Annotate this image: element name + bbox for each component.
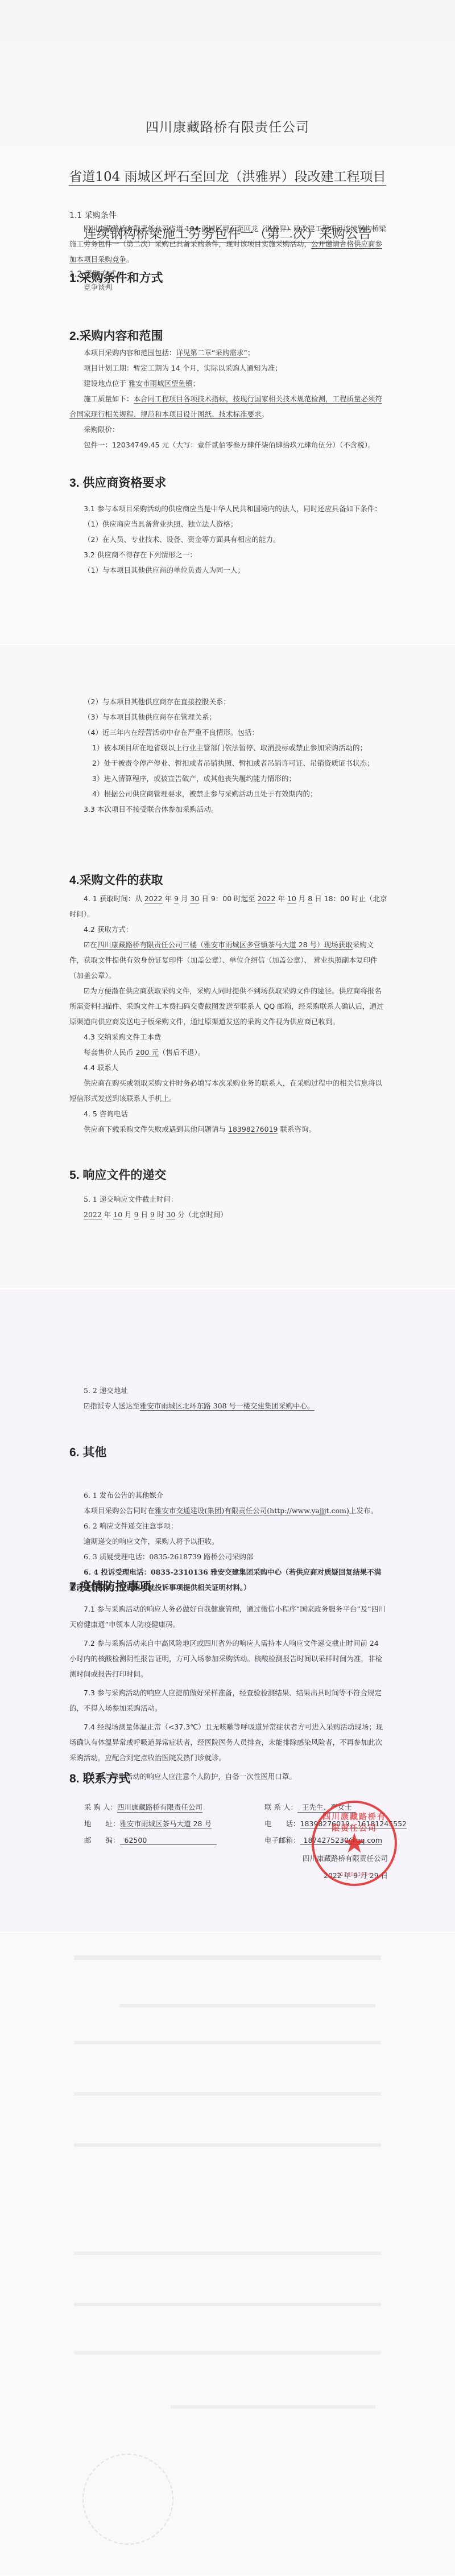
s3-1-item-2: （2）在人员、专业技术、设备、资金等方面具有相应的能力。 — [69, 532, 388, 547]
s3-1-item-1: （1）供应商应当具备营业执照、独立法人资格； — [69, 516, 388, 532]
section-1-body: 1.1 采购条件 四川康藏路桥有限责任公司省道 104 雨城区坪石至回龙（洪雅界… — [69, 209, 388, 295]
section-3-heading: 3. 供应商资格要求 — [69, 474, 166, 491]
postcode-row: 邮 编：62500 — [84, 1835, 217, 1845]
section-3-body-p1: 3.1 参与本项目采购活动的供应商应当是中华人民共和国境内的法人，同时还应具备如… — [69, 501, 388, 578]
bleed-through-seal — [82, 2454, 173, 2545]
scope-line: 本项目采购内容和范围包括：详见第二章“采购需求”； — [69, 345, 388, 360]
s5-2-heading: 5. 2 递交地址 — [69, 1383, 388, 1398]
company-seal: 四川康藏路桥有限责任公司 ★ 5118023034 — [312, 1801, 397, 1886]
section-2-body: 本项目采购内容和范围包括：详见第二章“采购需求”； 项目计划工期：暂定工期为 1… — [69, 345, 388, 453]
s6-3-text: 6. 3 质疑受理电话：0835-2618739 路桥公司采购部 — [69, 1549, 388, 1564]
s4-1-text: 4. 1 获取时间：从 2022 年 9 月 30 日 9：00 时起至 202… — [69, 891, 388, 922]
bleed-through-line — [74, 2303, 381, 2306]
s7-item-2: 7.2 参与采购活动来自中高风险地区或四川省外的响应人需持本人响应文件递交截止时… — [69, 1636, 388, 1682]
s7-item-3: 7.3 参与采购活动的响应人应提前做好采样准备，经查验检测结果、结果出具时间等不… — [69, 1685, 388, 1716]
bleed-through-line — [74, 2143, 381, 2147]
bleed-through-line — [119, 2004, 375, 2007]
page-3: 5. 2 递交地址 ☑指派专人送达至雅安市雨城区北环东路 308 号一楼交建集团… — [0, 1289, 455, 1933]
s7-item-4: 7.4 经现场测量体温正常（<37.3℃）且无咳嗽等呼吸道异常症状者方可进入采购… — [69, 1719, 388, 1765]
bleed-through-line — [74, 2092, 381, 2096]
s4-4-text: 供应商在购买或领取采购文件时务必填写本次采购业务的联系人，在采购过程中的相关信息… — [69, 1075, 388, 1106]
seal-code: 5118023034 — [314, 1872, 395, 1877]
location-line: 建设地点位于 雅安市雨城区望鱼镇； — [69, 376, 388, 391]
bleed-through-line — [171, 2405, 375, 2409]
section-5-body-p3: 5. 2 递交地址 ☑指派专人送达至雅安市雨城区北环东路 308 号一楼交建集团… — [69, 1383, 388, 1414]
price-text: 包件一：12034749.45 元（大写：壹仟贰佰零叁万肆仟柒佰肆拾玖元肆角伍分… — [69, 437, 388, 453]
s1-2-text: 竞争谈判 — [69, 280, 388, 295]
s6-1-heading: 6. 1 发布公告的其他媒介 — [69, 1488, 388, 1503]
section-5-heading: 5. 响应文件的递交 — [69, 1166, 166, 1183]
section-7-body: 7.1 参与采购活动的响应人务必做好自我健康管理，通过微信小程序“国家政务服务平… — [69, 1601, 388, 1784]
s6-2-text: 逾期递交的响应文件，采购人将予以拒收。 — [69, 1534, 388, 1549]
bleed-through-line — [74, 2041, 381, 2044]
bleed-through-line — [74, 2252, 381, 2255]
period-line: 项目计划工期：暂定工期为 14 个月，实际以采购人通知为准； — [69, 360, 388, 376]
section-6-heading: 6. 其他 — [69, 1443, 106, 1460]
purchaser-row: 采 购 人：四川康藏路桥有限责任公司 — [84, 1802, 202, 1813]
s3-2-item-3: （3）与本项目其他供应商存在管理关系； — [69, 709, 388, 725]
s1-1-text: 四川康藏路桥有限责任公司省道 104 雨城区坪石至回龙（洪雅界）段改建工程项目连… — [69, 221, 388, 267]
project-title: 省道104 雨城区坪石至回龙（洪雅界）段改建工程项目 — [0, 166, 455, 185]
page-2: （2）与本项目其他供应商存在直接控股关系； （3）与本项目其他供应商存在管理关系… — [0, 645, 455, 1289]
section-4-body: 4. 1 获取时间：从 2022 年 9 月 30 日 9：00 时起至 202… — [69, 891, 388, 1137]
s4-2-heading: 4.2 获取方式： — [69, 922, 388, 937]
s4-5-text: 供应商下载采购文件失败或遇到其他问题请与 18398276019 联系咨询。 — [69, 1121, 388, 1137]
s4-3-heading: 4.3 交纳采购文件工本费 — [69, 1029, 388, 1045]
s3-2-sub-2: 2）处于被责令停产停业、暂扣或者吊销执照、暂扣或者吊销许可证、吊销资质证书状态； — [69, 755, 388, 771]
s3-1-text: 3.1 参与本项目采购活动的供应商应当是中华人民共和国境内的法人，同时还应具备如… — [69, 501, 388, 516]
section-2-heading: 2.采购内容和范围 — [69, 327, 163, 344]
s3-2-sub-3: 3）进入清算程序，或被宣告破产，或其他丧失履约能力情形的； — [69, 771, 388, 786]
s3-2-sub-4: 4）根据公司供应商管理要求，被禁止参与采购活动且处于有效期内的； — [69, 786, 388, 802]
s4-2-option-onsite: ☑在四川康藏路桥有限责任公司三楼（雅安市雨城区多营镇茶马大道 28 号）现场获取… — [69, 937, 388, 983]
company-title: 四川康藏路桥有限责任公司 — [0, 117, 455, 135]
s5-1-heading: 5. 1 递交响应文件截止时间： — [69, 1192, 388, 1207]
star-icon: ★ — [342, 1830, 366, 1857]
s3-2-item-2: （2）与本项目其他供应商存在直接控股关系； — [69, 694, 388, 709]
s3-2-item-1: （1）与本项目其他供应商的单位负责人为同一人； — [69, 562, 388, 578]
s4-3-text: 每套售价人民币 200 元（售后不退）。 — [69, 1045, 388, 1060]
s6-1-text: 本项目采购公告同时在雅安市交通建设(集团)有限责任公司(http://www.y… — [69, 1503, 388, 1518]
s5-2-address: ☑指派专人送达至雅安市雨城区北环东路 308 号一楼交建集团采购中心。 — [69, 1398, 388, 1414]
s4-5-heading: 4. 5 咨询电话 — [69, 1106, 388, 1121]
s3-2-sub-1: 1）被本项目所在地省级以上行业主管部门依法暂停、取消投标或禁止参加采购活动的； — [69, 740, 388, 755]
s7-item-1: 7.1 参与采购活动的响应人务必做好自我健康管理，通过微信小程序“国家政务服务平… — [69, 1601, 388, 1632]
bleed-through-line — [74, 1955, 381, 1960]
quality-line: 施工质量如下：本合同工程项目各项技术指标，按现行国家相关技术规范检测，工程质量必… — [69, 391, 388, 422]
s4-2-option-remote: ☑为方便潜在供应商获取采购文件，采购人同时提供不到场获取采购文件的途径。供应商将… — [69, 983, 388, 1029]
address-row: 地 址：雅安市雨城区茶马大道 28 号 — [84, 1818, 212, 1829]
price-label: 采购限价： — [69, 422, 388, 437]
s3-2-text: 3.2 供应商不得存在下列情形之一： — [69, 547, 388, 562]
page-1: 四川康藏路桥有限责任公司 省道104 雨城区坪石至回龙（洪雅界）段改建工程项目 … — [0, 0, 455, 645]
s1-1-heading: 1.1 采购条件 — [69, 209, 388, 221]
bleed-through-line — [74, 2351, 381, 2355]
section-8-heading: 8. 联系方式 — [69, 1769, 130, 1786]
page-4-blank — [0, 1933, 455, 2575]
s1-2-heading: 1.2 采购方式 — [69, 268, 388, 280]
s6-2-heading: 6. 2 响应文件递交注意事项： — [69, 1518, 388, 1534]
section-5-body-p2: 5. 1 递交响应文件截止时间： 2022 年 10 月 9 日 9 时 30 … — [69, 1192, 388, 1222]
s5-1-deadline: 2022 年 10 月 9 日 9 时 30 分（北京时间） — [69, 1207, 388, 1222]
section-4-heading: 4.采购文件的获取 — [69, 871, 163, 888]
s3-3-text: 3.3 本次项目不接受联合体参加采购活动。 — [69, 802, 388, 817]
s3-2-item-4: （4）近三年内在经营活动中存在严重不良情形。包括： — [69, 725, 388, 740]
s4-4-heading: 4.4 联系人 — [69, 1060, 388, 1075]
section-3-body-p2: （2）与本项目其他供应商存在直接控股关系； （3）与本项目其他供应商存在管理关系… — [69, 694, 388, 817]
section-7-heading: 7.疫情防控事项 — [69, 1577, 151, 1595]
